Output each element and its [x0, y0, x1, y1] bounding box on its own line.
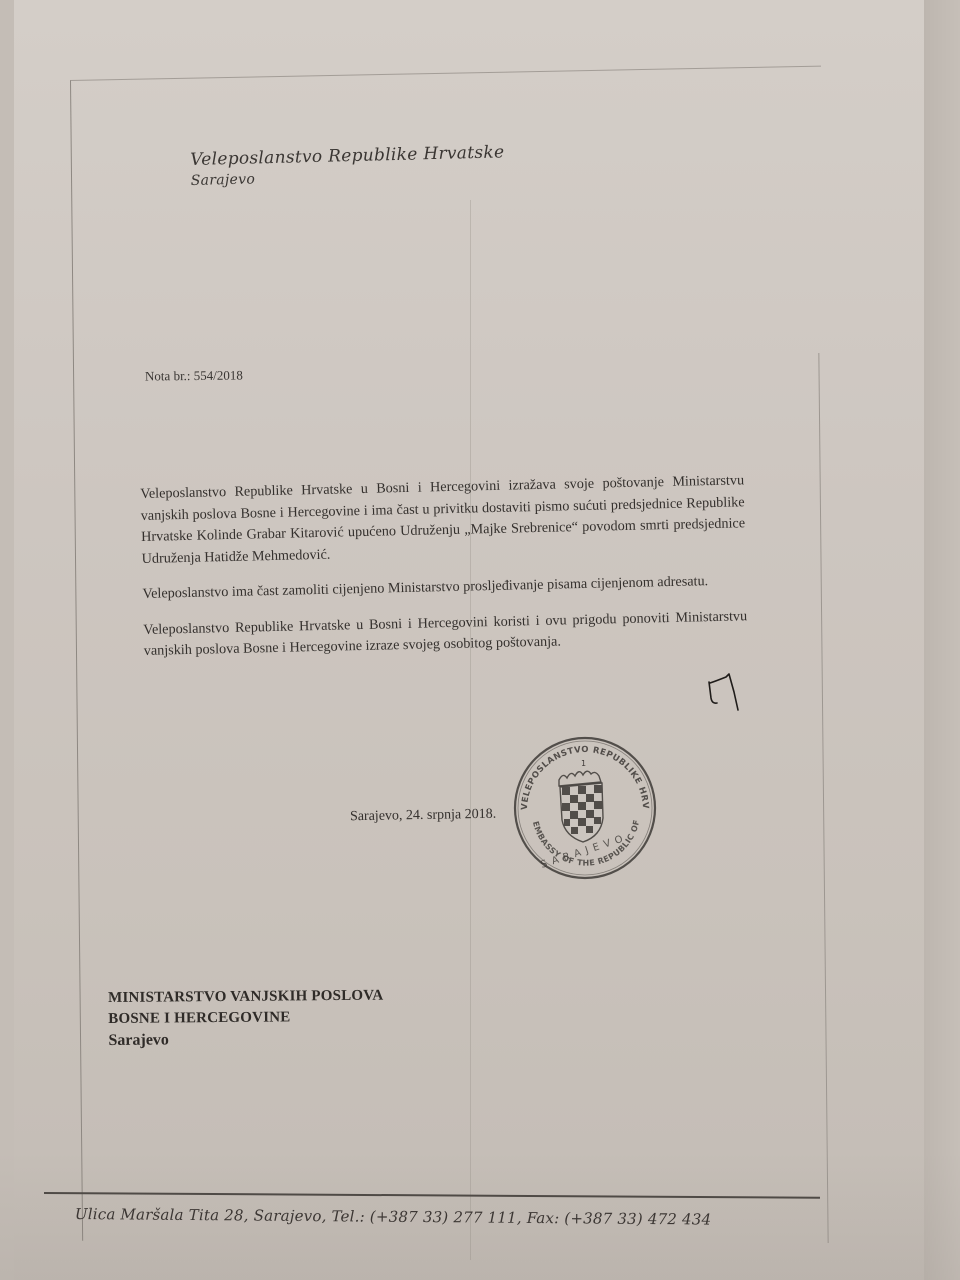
note-body: Veleposlanstvo Republike Hrvatske u Bosn…: [140, 470, 748, 676]
recipient-line-1: MINISTARSTVO VANJSKIH POSLOVA: [108, 986, 383, 1009]
body-paragraph: Veleposlanstvo Republike Hrvatske u Bosn…: [140, 470, 746, 570]
embassy-stamp-icon: VELEPOSLANSTVO REPUBLIKE HRVATSKE EMBASS…: [505, 730, 665, 885]
handwritten-initials-icon: [706, 672, 740, 712]
recipient-line-2: BOSNE I HERCEGOVINE: [108, 1007, 383, 1030]
body-paragraph: Veleposlanstvo ima čast zamoliti cijenje…: [142, 570, 746, 605]
note-number: Nota br.: 554/2018: [145, 367, 243, 384]
date-line: Sarajevo, 24. srpnja 2018.: [350, 807, 496, 826]
body-paragraph: Veleposlanstvo Republike Hrvatske u Bosn…: [143, 606, 748, 663]
paper-edge-right: [924, 0, 960, 1280]
letterhead: Veleposlanstvo Republike Hrvatske Saraje…: [190, 142, 505, 189]
recipient-address: MINISTARSTVO VANJSKIH POSLOVA BOSNE I HE…: [108, 986, 384, 1050]
recipient-city: Sarajevo: [108, 1030, 383, 1050]
paper-fold-line: [470, 200, 471, 1260]
svg-text:1: 1: [581, 759, 586, 768]
